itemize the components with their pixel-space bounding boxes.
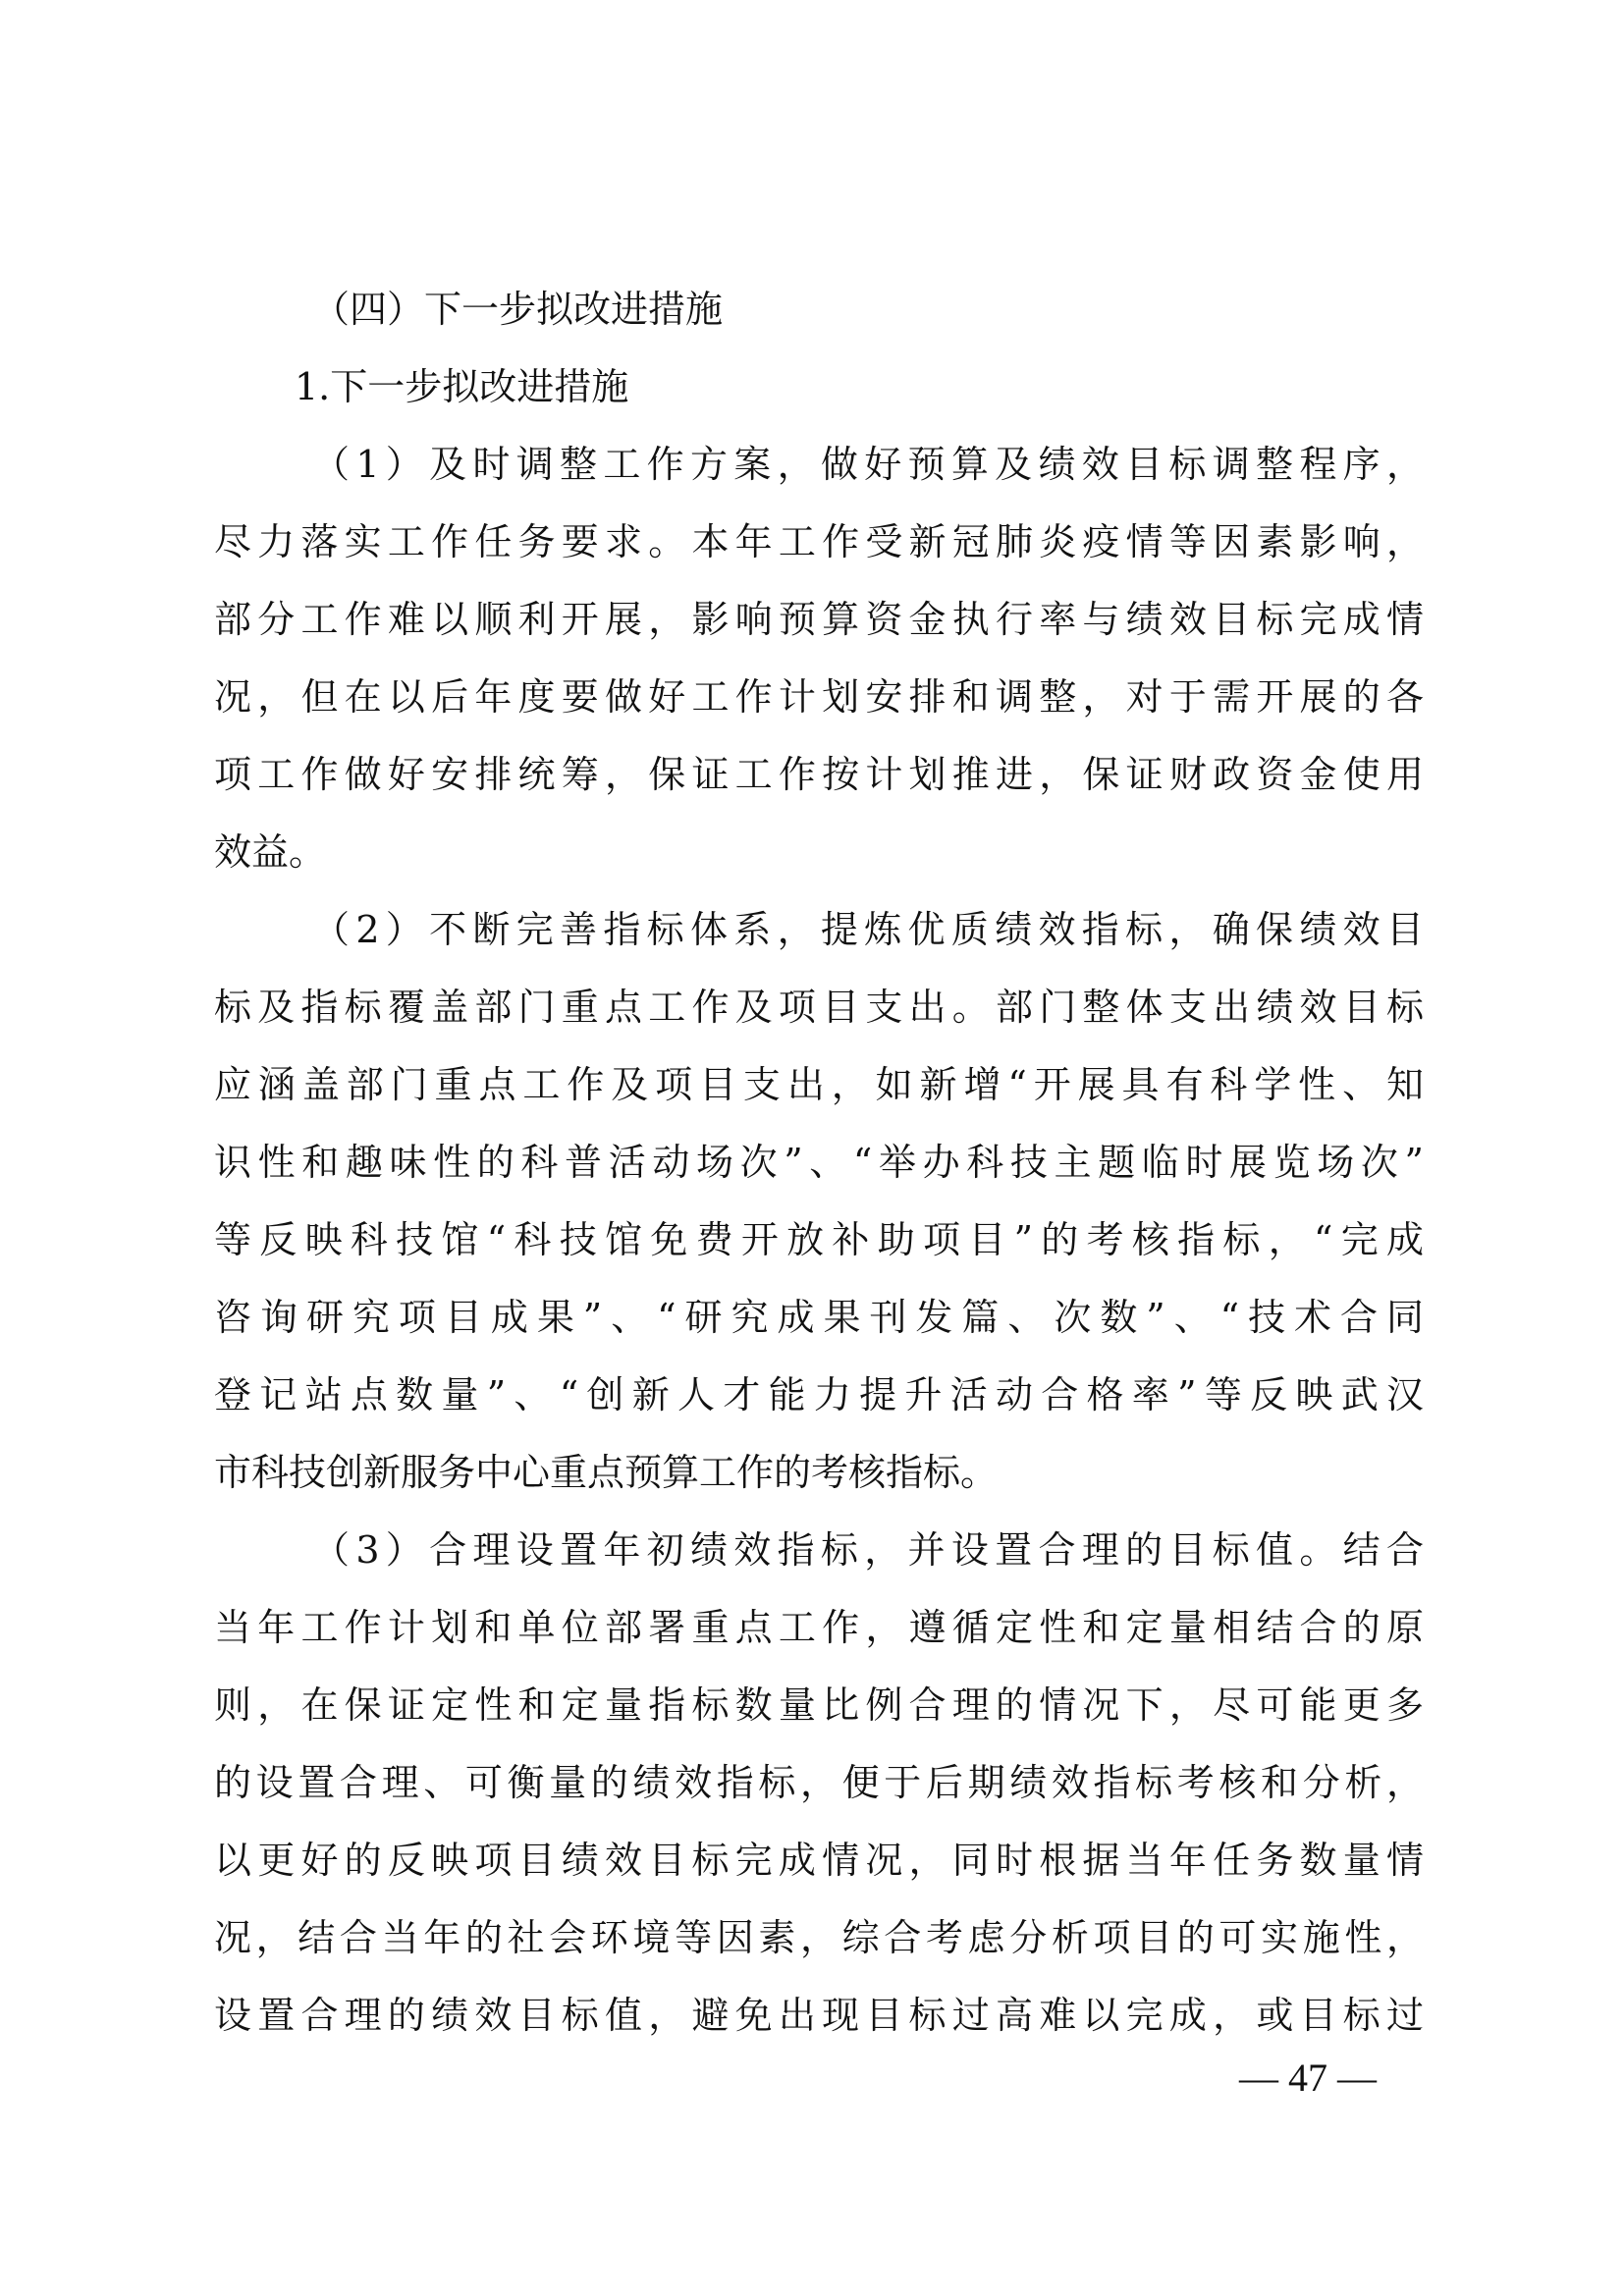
paragraph-3-line-6: 况，结合当年的社会环境等因素，综合考虑分析项目的可实施性， [214, 1913, 1424, 1962]
paragraph-3-line-4: 的设置合理、可衡量的绩效指标，便于后期绩效指标考核和分析， [214, 1758, 1424, 1807]
subheading: 1.下一步拟改进措施 [295, 362, 628, 411]
paragraph-3-line-3: 则，在保证定性和定量指标数量比例合理的情况下，尽可能更多 [214, 1681, 1424, 1730]
section-heading: （四）下一步拟改进措施 [312, 285, 723, 334]
paragraph-1-line-1: （1）及时调整工作方案，做好预算及绩效目标调整程序， [312, 440, 1424, 489]
paragraph-2-line-1: （2）不断完善指标体系，提炼优质绩效指标，确保绩效目 [312, 905, 1424, 954]
paragraph-3-line-7: 设置合理的绩效目标值，避免出现目标过高难以完成，或目标过 [214, 1991, 1424, 2040]
paragraph-3-line-5: 以更好的反映项目绩效目标完成情况，同时根据当年任务数量情 [214, 1836, 1424, 1885]
page-number: — 47 — [1239, 2054, 1377, 2103]
paragraph-2-line-3: 应涵盖部门重点工作及项目支出，如新增“开展具有科学性、知 [214, 1060, 1424, 1109]
paragraph-2-line-2: 标及指标覆盖部门重点工作及项目支出。部门整体支出绩效目标 [214, 983, 1424, 1032]
paragraph-1-line-5: 项工作做好安排统筹，保证工作按计划推进，保证财政资金使用 [214, 750, 1424, 799]
paragraph-3-line-2: 当年工作计划和单位部署重点工作，遵循定性和定量相结合的原 [214, 1603, 1424, 1652]
paragraph-2-line-4: 识性和趣味性的科普活动场次”、“举办科技主题临时展览场次” [214, 1138, 1424, 1187]
paragraph-1-line-4: 况，但在以后年度要做好工作计划安排和调整，对于需开展的各 [214, 672, 1424, 721]
document-page: （四）下一步拟改进措施 1.下一步拟改进措施 （1）及时调整工作方案，做好预算及… [0, 0, 1624, 2296]
paragraph-2-line-8: 市科技创新服务中心重点预算工作的考核指标。 [214, 1448, 1424, 1497]
paragraph-2-line-6: 咨询研究项目成果”、“研究成果刊发篇、次数”、“技术合同 [214, 1293, 1424, 1342]
paragraph-1-line-3: 部分工作难以顺利开展，影响预算资金执行率与绩效目标完成情 [214, 595, 1424, 644]
paragraph-2-line-5: 等反映科技馆“科技馆免费开放补助项目”的考核指标，“完成 [214, 1215, 1424, 1264]
paragraph-2-line-7: 登记站点数量”、“创新人才能力提升活动合格率”等反映武汉 [214, 1370, 1424, 1419]
paragraph-1-line-6: 效益。 [214, 828, 1424, 877]
paragraph-1-line-2: 尽力落实工作任务要求。本年工作受新冠肺炎疫情等因素影响， [214, 517, 1424, 566]
paragraph-3-line-1: （3）合理设置年初绩效指标，并设置合理的目标值。结合 [312, 1525, 1424, 1575]
